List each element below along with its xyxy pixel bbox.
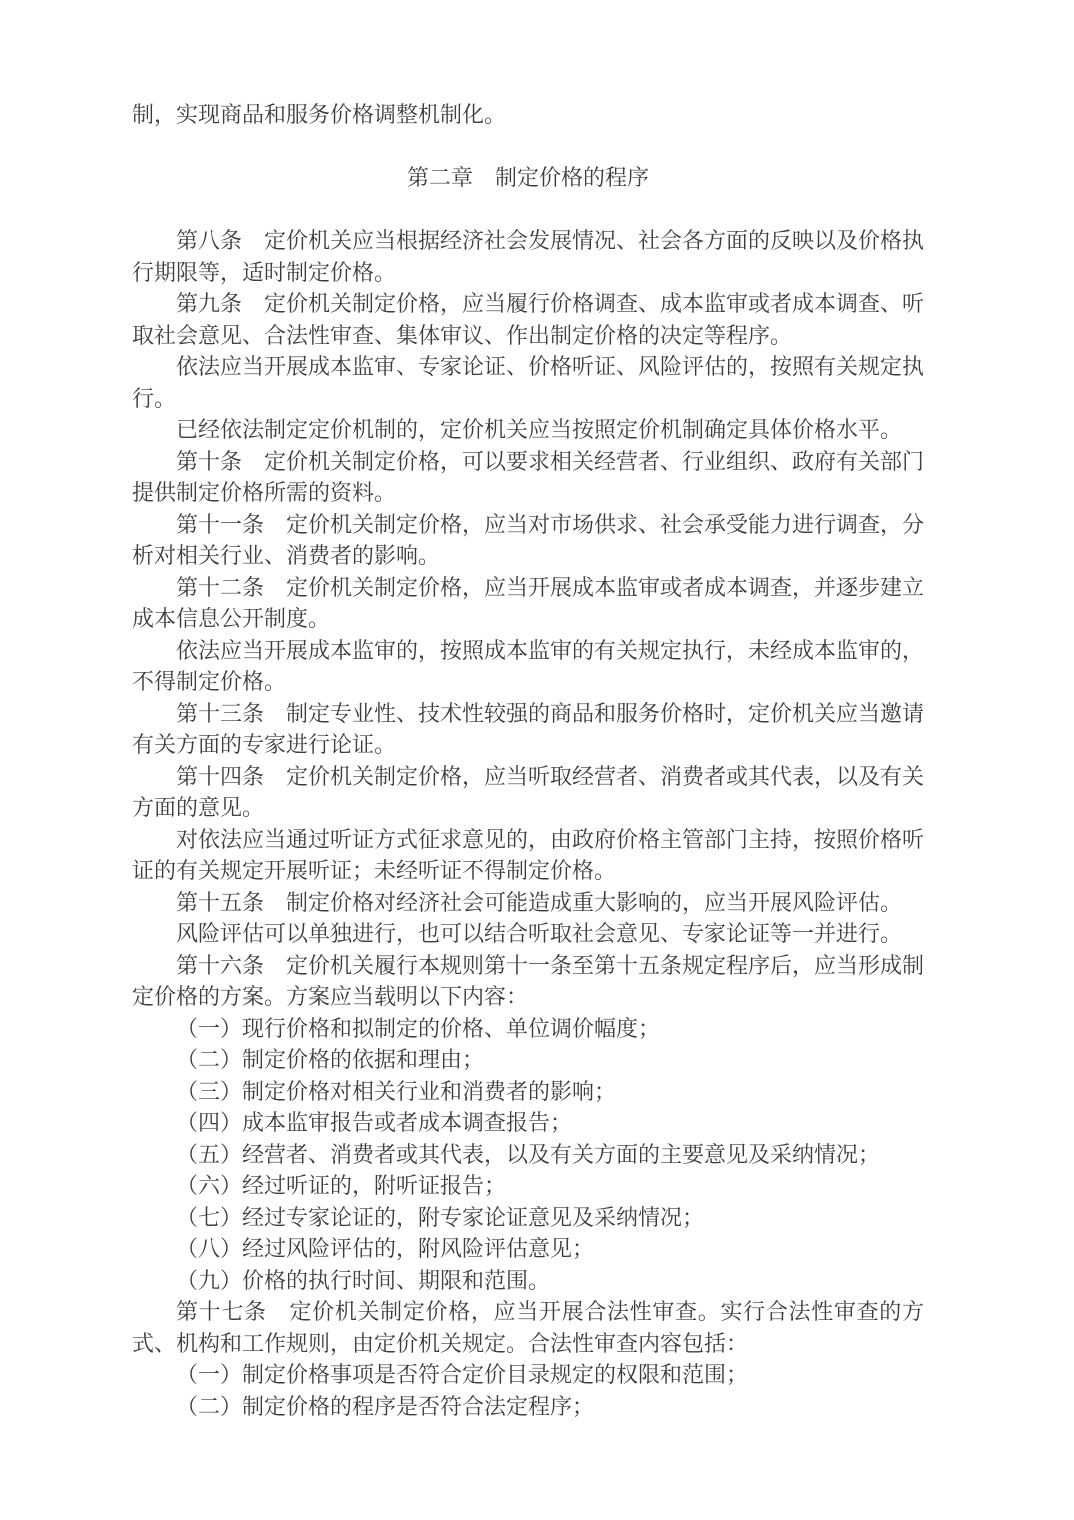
document-body: 第八条 定价机关应当根据经济社会发展情况、社会各方面的反映以及价格执行期限等，适… [132,225,924,1422]
paragraph: （九）价格的执行时间、期限和范围。 [132,1265,924,1297]
paragraph: （一）现行价格和拟制定的价格、单位调价幅度； [132,1013,924,1045]
paragraph: 第十六条 定价机关履行本规则第十一条至第十五条规定程序后，应当形成制定价格的方案… [132,950,924,1013]
paragraph: （七）经过专家论证的，附专家论证意见及采纳情况； [132,1202,924,1234]
paragraph: 对依法应当通过听证方式征求意见的，由政府价格主管部门主持，按照价格听证的有关规定… [132,824,924,887]
paragraph: 第十条 定价机关制定价格，可以要求相关经营者、行业组织、政府有关部门提供制定价格… [132,446,924,509]
paragraph: 风险评估可以单独进行，也可以结合听取社会意见、专家论证等一并进行。 [132,918,924,950]
paragraph: 第十四条 定价机关制定价格，应当听取经营者、消费者或其代表，以及有关方面的意见。 [132,761,924,824]
paragraph: 第十七条 定价机关制定价格，应当开展合法性审查。实行合法性审查的方式、机构和工作… [132,1296,924,1359]
paragraph: 第九条 定价机关制定价格，应当履行价格调查、成本监审或者成本调查、听取社会意见、… [132,288,924,351]
continuation-paragraph: 制，实现商品和服务价格调整机制化。 [132,99,924,131]
paragraph: （二）制定价格的程序是否符合法定程序； [132,1391,924,1423]
paragraph: （二）制定价格的依据和理由； [132,1044,924,1076]
paragraph: （六）经过听证的，附听证报告； [132,1170,924,1202]
paragraph: 第十二条 定价机关制定价格，应当开展成本监审或者成本调查，并逐步建立成本信息公开… [132,572,924,635]
paragraph: 已经依法制定定价机制的，定价机关应当按照定价机制确定具体价格水平。 [132,414,924,446]
paragraph: （一）制定价格事项是否符合定价目录规定的权限和范围； [132,1359,924,1391]
paragraph: 依法应当开展成本监审、专家论证、价格听证、风险评估的，按照有关规定执行。 [132,351,924,414]
paragraph: 第十三条 制定专业性、技术性较强的商品和服务价格时，定价机关应当邀请有关方面的专… [132,698,924,761]
paragraph: （四）成本监审报告或者成本调查报告； [132,1107,924,1139]
paragraph: 第八条 定价机关应当根据经济社会发展情况、社会各方面的反映以及价格执行期限等，适… [132,225,924,288]
document-page: 制，实现商品和服务价格调整机制化。 第二章 制定价格的程序 第八条 定价机关应当… [0,0,1074,1520]
paragraph: 依法应当开展成本监审的，按照成本监审的有关规定执行，未经成本监审的，不得制定价格… [132,635,924,698]
paragraph: （五）经营者、消费者或其代表，以及有关方面的主要意见及采纳情况； [132,1139,924,1171]
chapter-heading: 第二章 制定价格的程序 [132,162,924,194]
paragraph: （三）制定价格对相关行业和消费者的影响； [132,1076,924,1108]
paragraph: 第十五条 制定价格对经济社会可能造成重大影响的，应当开展风险评估。 [132,887,924,919]
document-content: 制，实现商品和服务价格调整机制化。 第二章 制定价格的程序 第八条 定价机关应当… [132,99,924,1422]
paragraph: 第十一条 定价机关制定价格，应当对市场供求、社会承受能力进行调查，分析对相关行业… [132,509,924,572]
paragraph: （八）经过风险评估的，附风险评估意见； [132,1233,924,1265]
